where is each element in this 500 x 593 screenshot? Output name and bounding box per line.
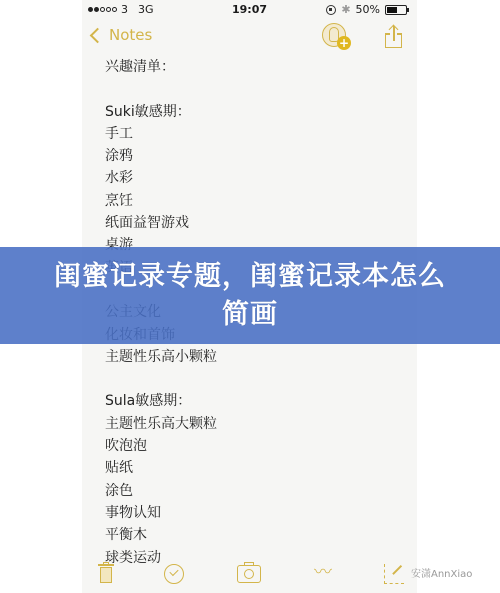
status-right: ✱ 50% xyxy=(326,3,407,16)
back-label: Notes xyxy=(109,26,152,44)
compose-button[interactable] xyxy=(384,564,404,584)
note-line: 吹泡泡 xyxy=(105,435,405,457)
note-line xyxy=(105,368,405,390)
status-bar: 3 3G 19:07 ✱ 50% xyxy=(82,0,417,20)
note-line: Suki敏感期： xyxy=(105,101,405,123)
note-line: 兴趣清单： xyxy=(105,56,405,78)
note-line: 涂鸦 xyxy=(105,145,405,167)
note-line: 主题性乐高大颗粒 xyxy=(105,413,405,435)
share-button[interactable] xyxy=(384,25,404,49)
note-line: 烹饪 xyxy=(105,190,405,212)
note-line: 平衡木 xyxy=(105,524,405,546)
note-line: 贴纸 xyxy=(105,457,405,479)
battery-percent: 50% xyxy=(356,3,380,16)
trash-button[interactable] xyxy=(98,562,114,584)
note-line: 水彩 xyxy=(105,167,405,189)
note-line: 涂色 xyxy=(105,480,405,502)
camera-button[interactable] xyxy=(237,565,261,583)
nav-bar: Notes + xyxy=(82,20,417,56)
note-line: Sula敏感期： xyxy=(105,390,405,412)
trash-can xyxy=(100,567,112,583)
bluetooth-icon: ✱ xyxy=(341,3,350,16)
banner-title: 闺蜜记录专题，闺蜜记录本怎么简画 xyxy=(50,258,450,334)
add-people-button[interactable]: + xyxy=(322,23,352,53)
battery-icon xyxy=(385,5,407,15)
sketch-button[interactable]: 〰 xyxy=(314,562,334,584)
bottom-toolbar: 〰 xyxy=(82,558,417,593)
note-line: 主题性乐高小颗粒 xyxy=(105,346,405,368)
orientation-lock-icon xyxy=(326,5,336,15)
chevron-left-icon xyxy=(90,27,106,43)
plus-badge-icon: + xyxy=(337,36,351,50)
back-to-notes-button[interactable]: Notes xyxy=(92,26,152,44)
note-line: 事物认知 xyxy=(105,502,405,524)
note-line: 纸面益智游戏 xyxy=(105,212,405,234)
note-line: 手工 xyxy=(105,123,405,145)
checklist-button[interactable] xyxy=(164,564,184,584)
watermark: 安潇AnnXiao xyxy=(411,565,472,580)
note-line xyxy=(105,78,405,100)
sketch-icon: 〰 xyxy=(314,562,332,583)
trash-lid xyxy=(98,564,114,566)
title-banner: 闺蜜记录专题，闺蜜记录本怎么简画 xyxy=(0,247,500,344)
